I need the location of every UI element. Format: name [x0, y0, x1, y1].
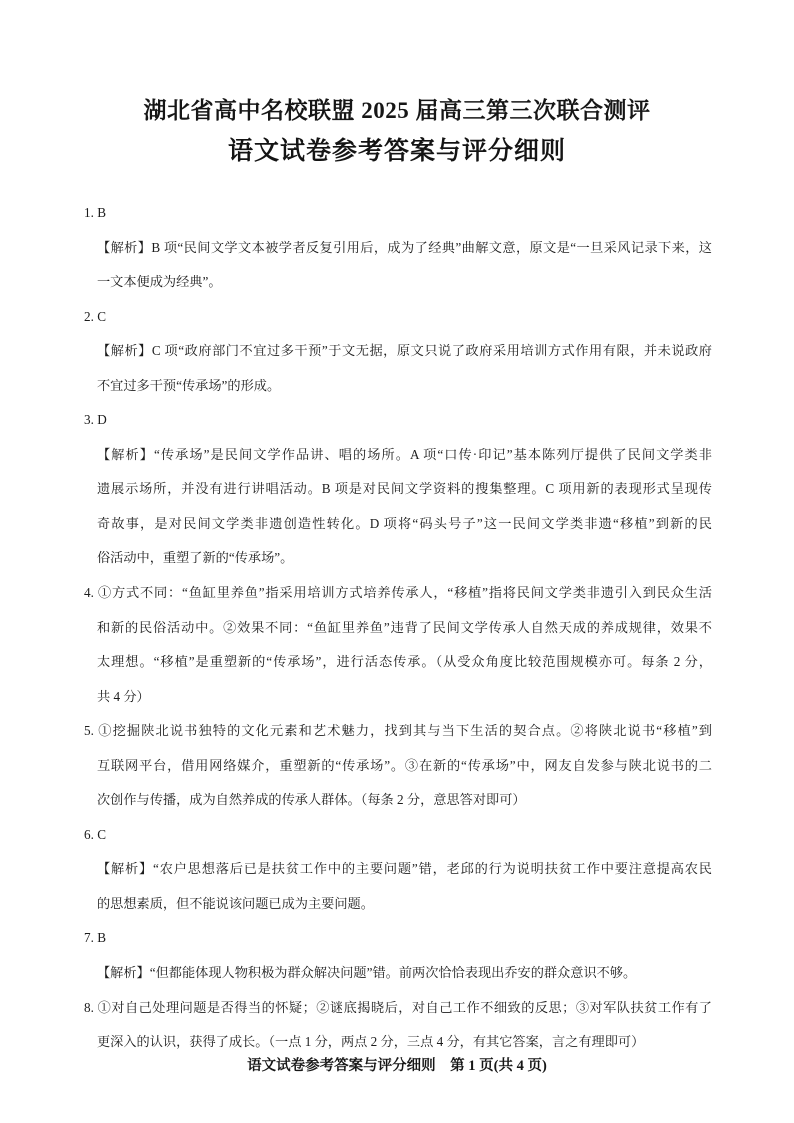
answer-line: 共 4 分） [97, 680, 712, 715]
answer-line: 的思想素质，但不能说该问题已成为主要问题。 [97, 887, 712, 922]
document-title: 湖北省高中名校联盟 2025 届高三第三次联合测评 [0, 92, 794, 125]
answer-line: 【解析】“农户思想落后已是扶贫工作中的主要问题”错，老邱的行为说明扶贫工作中要注… [97, 852, 712, 887]
answer-line: 和新的民俗活动中。②效果不同：“鱼缸里养鱼”违背了民间文学传承人自然天成的养成规… [97, 611, 712, 646]
answer-line: 互联网平台，借用网络媒介，重塑新的“传承场”。③在新的“传承场”中，网友自发参与… [97, 749, 712, 784]
answer-line: 遗展示场所，并没有进行讲唱活动。B 项是对民间文学资料的搜集整理。C 项用新的表… [97, 472, 712, 507]
answer-line: 一文本便成为经典”。 [97, 265, 712, 300]
answer-line: 不宜过多干预“传承场”的形成。 [97, 369, 712, 404]
answer-line: 【解析】“但都能体现人物积极为群众解决问题”错。前两次恰恰表现出乔安的群众意识不… [97, 956, 712, 991]
answer-line: 4. ①方式不同：“鱼缸里养鱼”指采用培训方式培养传承人，“移植”指将民间文学类… [84, 576, 712, 611]
answer-line: 【解析】C 项“政府部门不宜过多干预”于文无据，原文只说了政府采用培训方式作用有… [97, 334, 712, 369]
answer-line: 太理想。“移植”是重塑新的“传承场”，进行活态传承。（从受众角度比较范围规模亦可… [97, 645, 712, 680]
answer-line: 7. B [84, 921, 712, 956]
answer-lines: 1. B【解析】B 项“民间文学文本被学者反复引用后，成为了经典”曲解文意，原文… [0, 196, 794, 1060]
document-subtitle: 语文试卷参考答案与评分细则 [0, 131, 794, 167]
answer-line: 奇故事，是对民间文学类非遗创造性转化。D 项将“码头号子”这一民间文学类非遗“移… [97, 507, 712, 542]
answer-line: 2. C [84, 300, 712, 335]
answer-line: 8. ①对自己处理问题是否得当的怀疑；②谜底揭晓后，对自己工作不细致的反思；③对… [84, 991, 712, 1026]
document-page: 湖北省高中名校联盟 2025 届高三第三次联合测评 语文试卷参考答案与评分细则 … [0, 0, 794, 1123]
page-footer: 语文试卷参考答案与评分细则 第 1 页(共 4 页) [0, 1054, 794, 1075]
answer-line: 3. D [84, 403, 712, 438]
answer-line: 1. B [84, 196, 712, 231]
answer-line: 次创作与传播，成为自然养成的传承人群体。（每条 2 分，意思答对即可） [97, 783, 712, 818]
answer-line: 【解析】“传承场”是民间文学作品讲、唱的场所。A 项“口传·印记”基本陈列厅提供… [97, 438, 712, 473]
answer-line: 5. ①挖掘陕北说书独特的文化元素和艺术魅力，找到其与当下生活的契合点。②将陕北… [84, 714, 712, 749]
answer-line: 6. C [84, 818, 712, 853]
answer-line: 【解析】B 项“民间文学文本被学者反复引用后，成为了经典”曲解文意，原文是“一旦… [97, 231, 712, 266]
answer-line: 俗活动中，重塑了新的“传承场”。 [97, 541, 712, 576]
